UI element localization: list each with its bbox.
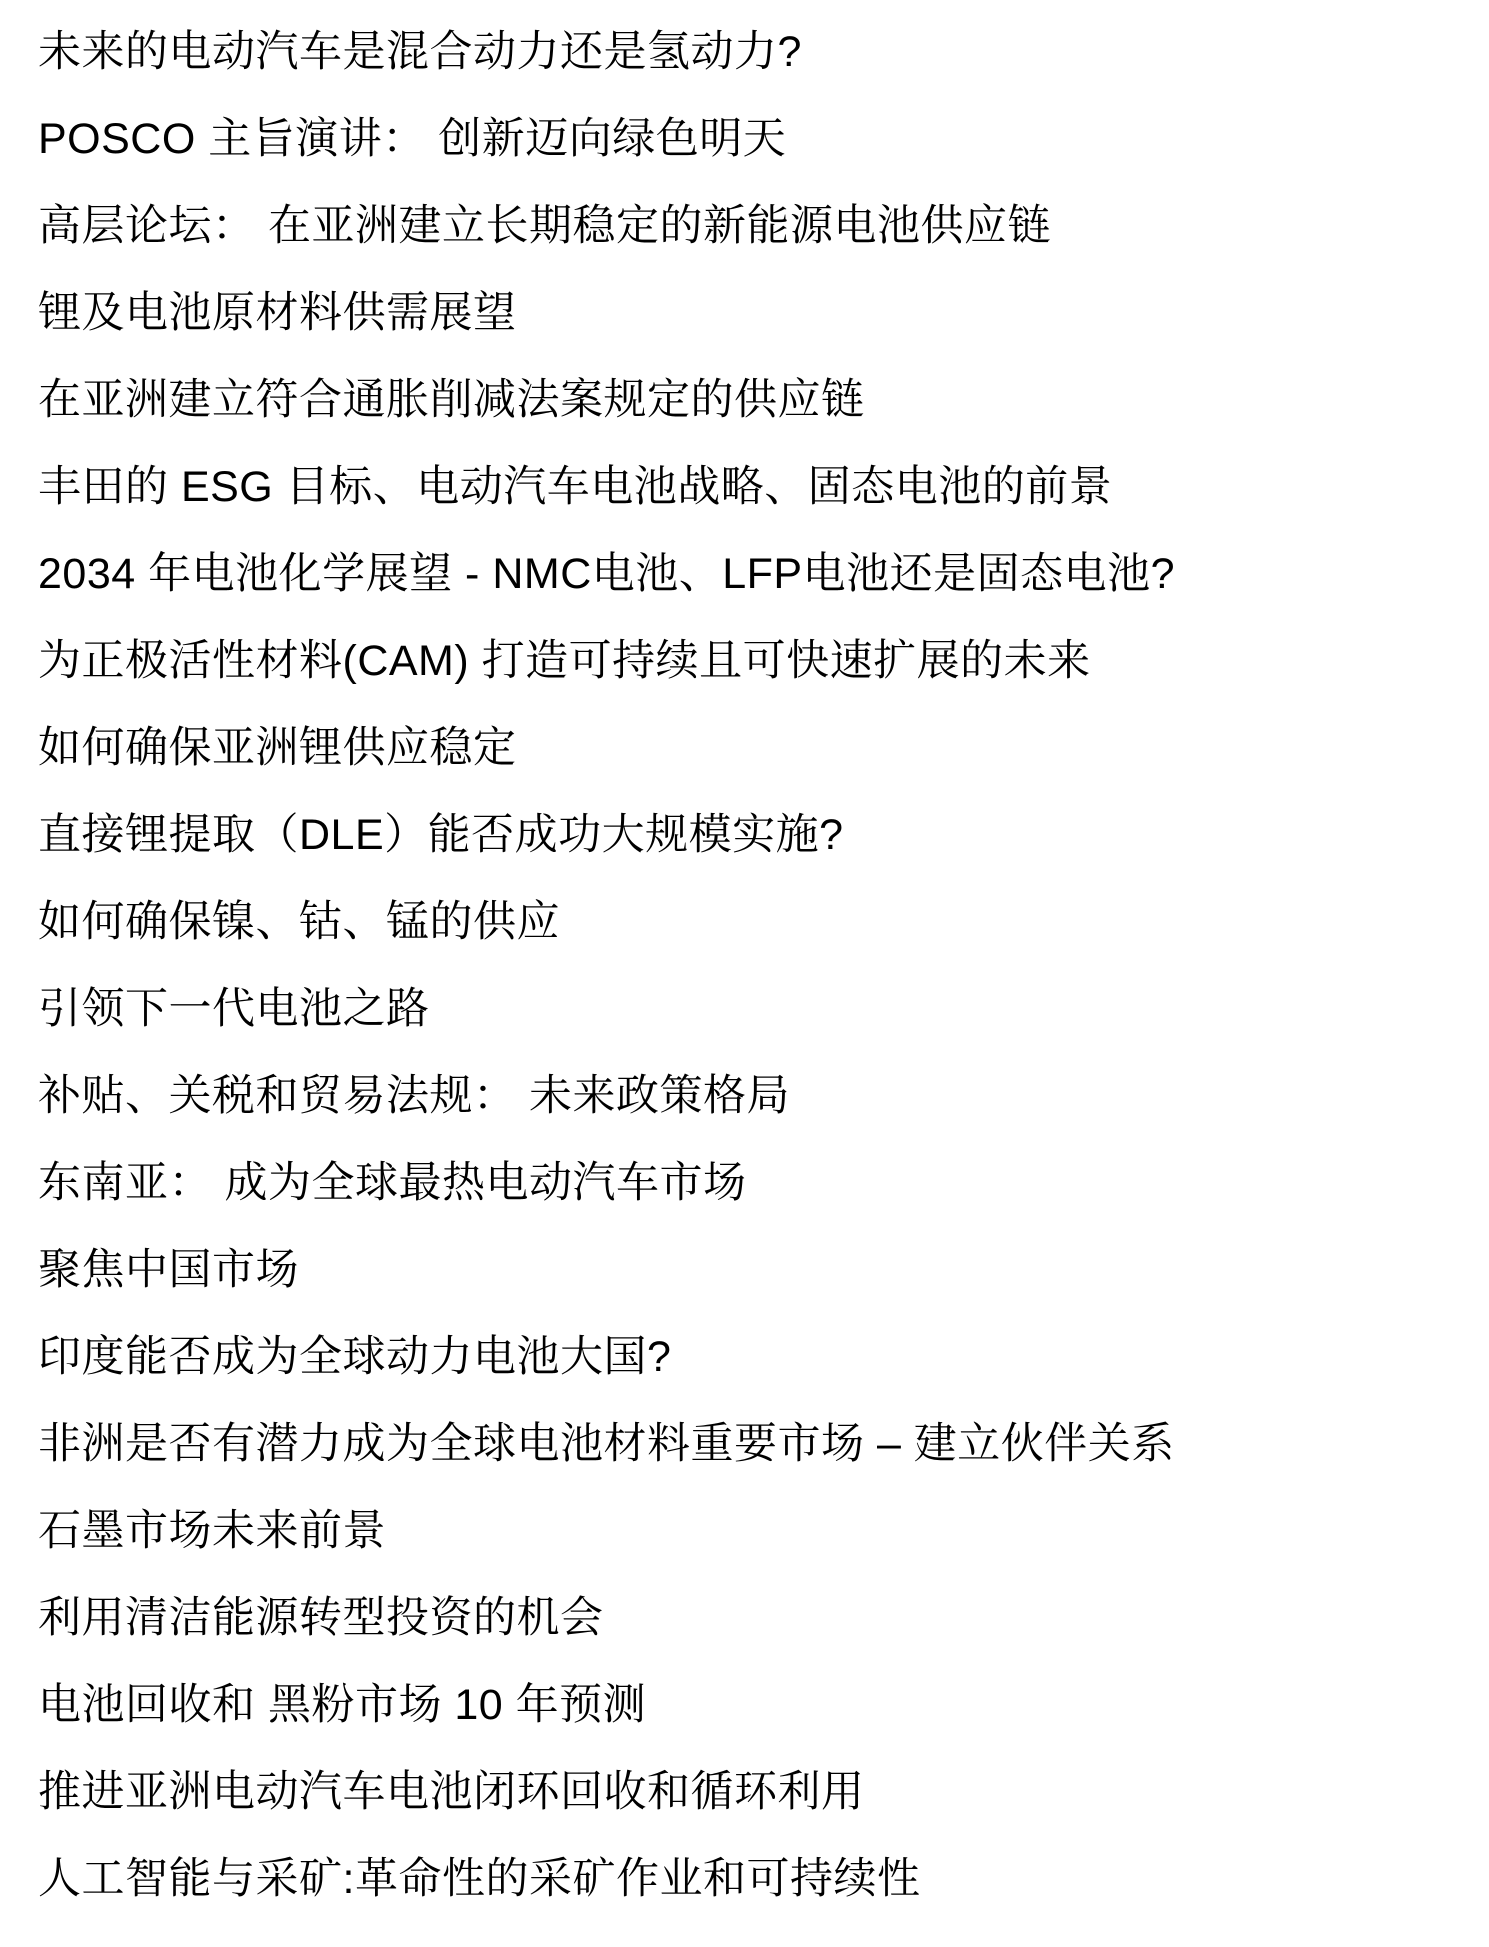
text-line-8: 为正极活性材料(CAM) 打造可持续且可快速扩展的未来 <box>38 618 1479 705</box>
text-line-5: 在亚洲建立符合通胀削减法案规定的供应链 <box>38 357 1479 444</box>
text-line-4: 锂及电池原材料供需展望 <box>38 270 1479 357</box>
text-line-22: 人工智能与采矿:革命性的采矿作业和可持续性 <box>38 1836 1479 1923</box>
text-line-18: 石墨市场未来前景 <box>38 1488 1479 1575</box>
text-line-1: 未来的电动汽车是混合动力还是氢动力? <box>38 9 1479 96</box>
document-page: 未来的电动汽车是混合动力还是氢动力? POSCO 主旨演讲： 创新迈向绿色明天 … <box>0 0 1489 1923</box>
text-line-7: 2034 年电池化学展望 - NMC电池、LFP电池还是固态电池? <box>38 531 1479 618</box>
text-line-10: 直接锂提取（DLE）能否成功大规模实施? <box>38 792 1479 879</box>
text-line-19: 利用清洁能源转型投资的机会 <box>38 1575 1479 1662</box>
text-line-2: POSCO 主旨演讲： 创新迈向绿色明天 <box>38 96 1479 183</box>
text-line-6: 丰田的 ESG 目标、电动汽车电池战略、固态电池的前景 <box>38 444 1479 531</box>
text-line-3: 高层论坛： 在亚洲建立长期稳定的新能源电池供应链 <box>38 183 1479 270</box>
text-line-21: 推进亚洲电动汽车电池闭环回收和循环利用 <box>38 1749 1479 1836</box>
text-line-9: 如何确保亚洲锂供应稳定 <box>38 705 1479 792</box>
text-line-12: 引领下一代电池之路 <box>38 966 1479 1053</box>
text-line-17: 非洲是否有潜力成为全球电池材料重要市场 – 建立伙伴关系 <box>38 1401 1479 1488</box>
text-line-15: 聚焦中国市场 <box>38 1227 1479 1314</box>
text-line-16: 印度能否成为全球动力电池大国? <box>38 1314 1479 1401</box>
text-line-20: 电池回收和 黑粉市场 10 年预测 <box>38 1662 1479 1749</box>
text-line-14: 东南亚： 成为全球最热电动汽车市场 <box>38 1140 1479 1227</box>
text-line-11: 如何确保镍、钴、锰的供应 <box>38 879 1479 966</box>
text-line-13: 补贴、关税和贸易法规： 未来政策格局 <box>38 1053 1479 1140</box>
